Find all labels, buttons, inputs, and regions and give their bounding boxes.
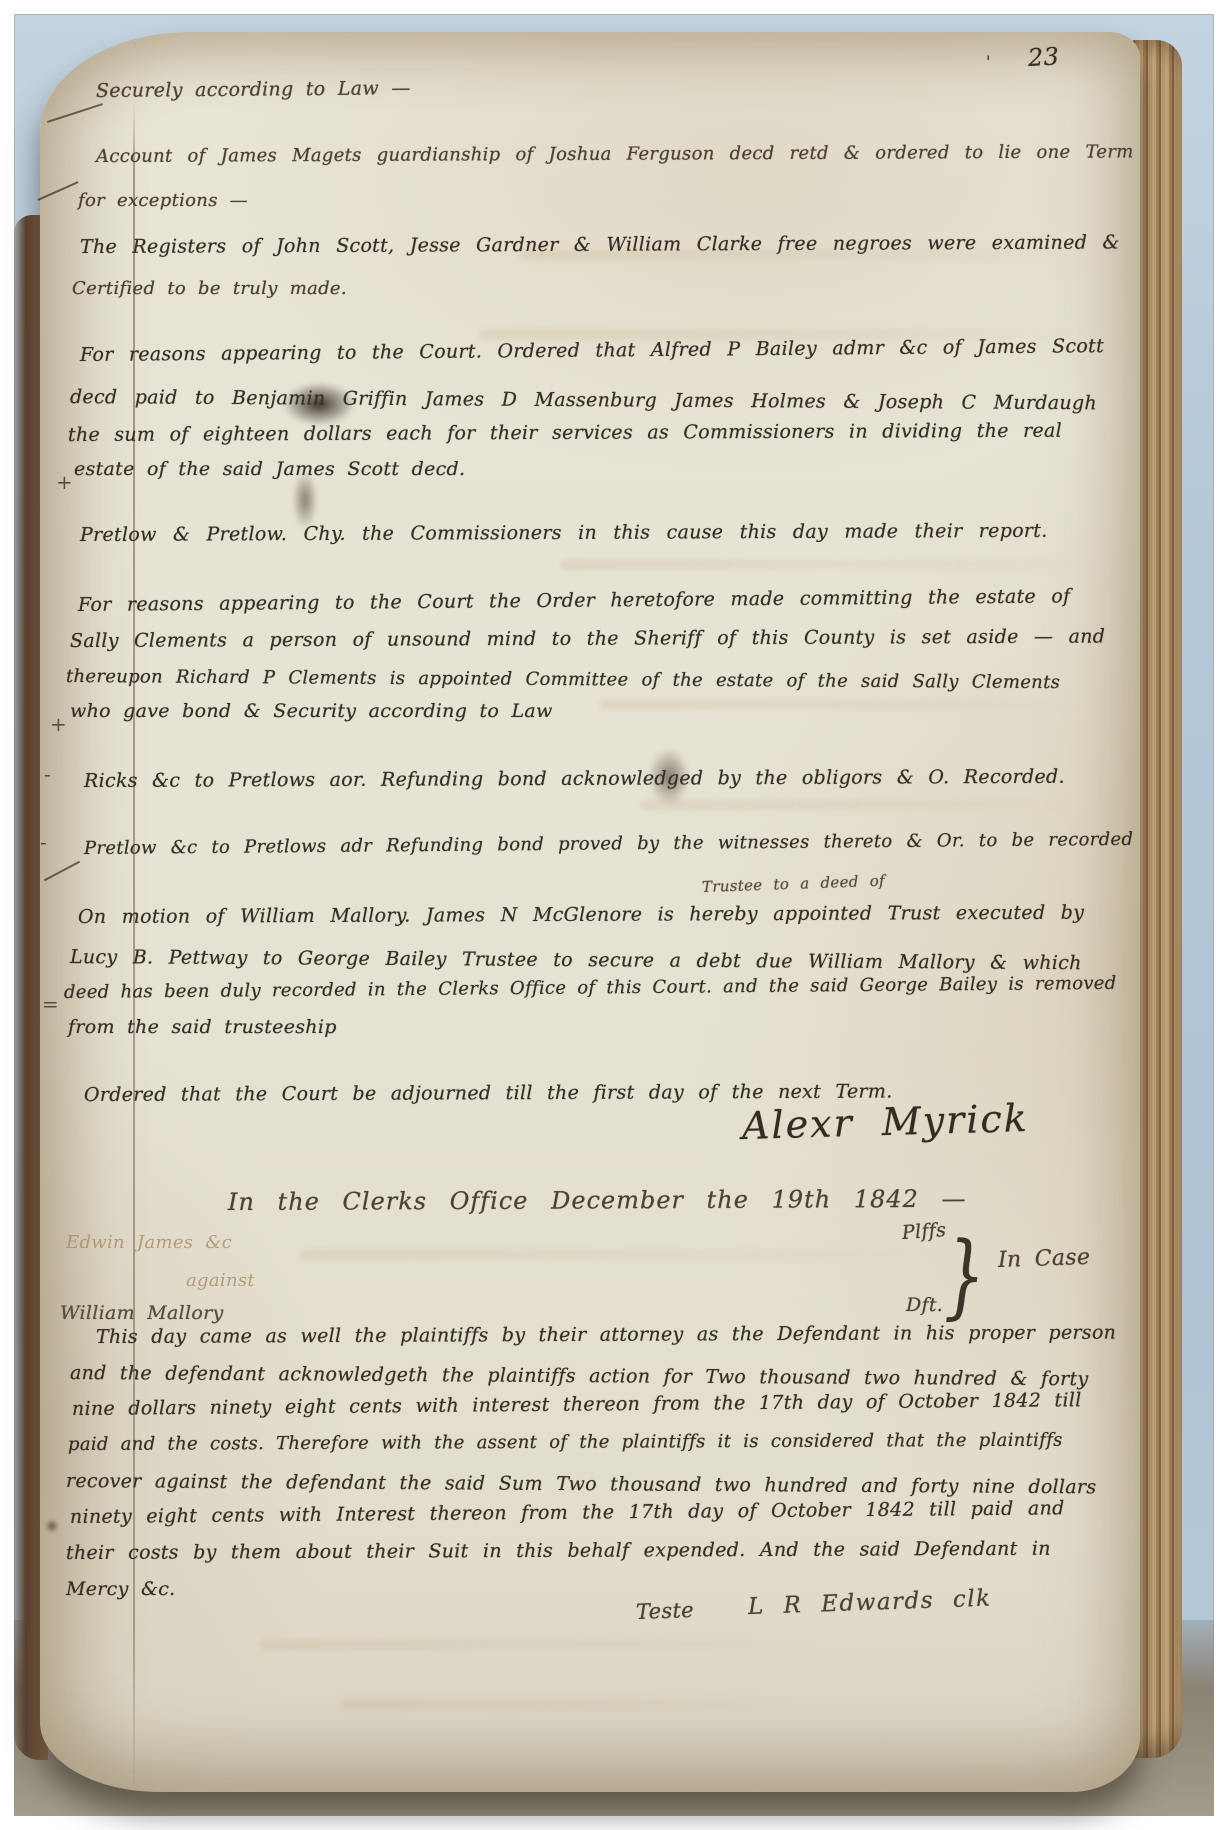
entry-line: On motion of William Mallory. James N Mc… <box>78 902 1084 928</box>
caption-dft: Dft. <box>906 1294 943 1316</box>
judge-signature: Alexr Myrick <box>741 1096 1029 1148</box>
show-through <box>560 560 1100 569</box>
show-through <box>600 700 1080 709</box>
corner-tick: ' <box>986 52 991 71</box>
caption-against: against <box>186 1270 255 1291</box>
entry-line: Sally Clements a person of unsound mind … <box>70 625 1105 652</box>
entry-line: the sum of eighteen dollars each for the… <box>68 420 1062 446</box>
entry-line: Pretlow & Pretlow. Chy. the Commissioner… <box>80 520 1048 546</box>
judgment-line: their costs by them about their Suit in … <box>66 1538 1051 1564</box>
caption-case-type: In Case <box>998 1245 1091 1273</box>
judgment-line: Mercy &c. <box>66 1578 176 1600</box>
caption-defendant: William Mallory <box>60 1302 224 1324</box>
show-through <box>340 1700 820 1709</box>
entry-line: Securely according to Law — <box>96 77 411 102</box>
show-through <box>640 800 1080 809</box>
entry-line: from the said trusteeship <box>68 1016 337 1038</box>
entry-line: Ricks &c to Pretlows aor. Refunding bond… <box>84 766 1065 792</box>
clerks-office-heading: In the Clerks Office December the 19th 1… <box>228 1185 967 1216</box>
scanned-ledger-photo: 23 ' Securely according to Law — Account… <box>0 0 1228 1830</box>
entry-line: The Registers of John Scott, Jesse Gardn… <box>80 231 1120 258</box>
show-through <box>300 1250 920 1259</box>
caption-plffs: Plffs <box>901 1219 947 1244</box>
entry-line: Certified to be truly made. <box>72 278 347 299</box>
page-number: 23 <box>1027 42 1060 72</box>
margin-mark-dash: - <box>40 830 47 854</box>
margin-mark-dash: - <box>44 762 51 786</box>
margin-mark-equals: = <box>42 992 59 1016</box>
caption-plaintiff: Edwin James &c <box>66 1232 232 1253</box>
teste-label: Teste <box>636 1598 695 1624</box>
show-through <box>260 1640 820 1649</box>
entry-line: for exceptions — <box>78 190 248 211</box>
entry-line: who gave bond & Security according to La… <box>70 700 553 722</box>
entry-line: estate of the said James Scott decd. <box>74 458 465 480</box>
margin-mark-plus: + <box>56 470 73 494</box>
margin-mark-plus: + <box>50 712 67 736</box>
judgment-line: paid and the costs. Therefore with the a… <box>68 1430 1063 1455</box>
spot <box>46 1520 58 1532</box>
caption-brace: } <box>944 1222 985 1329</box>
judgment-line: This day came as well the plaintiffs by … <box>96 1322 1116 1348</box>
